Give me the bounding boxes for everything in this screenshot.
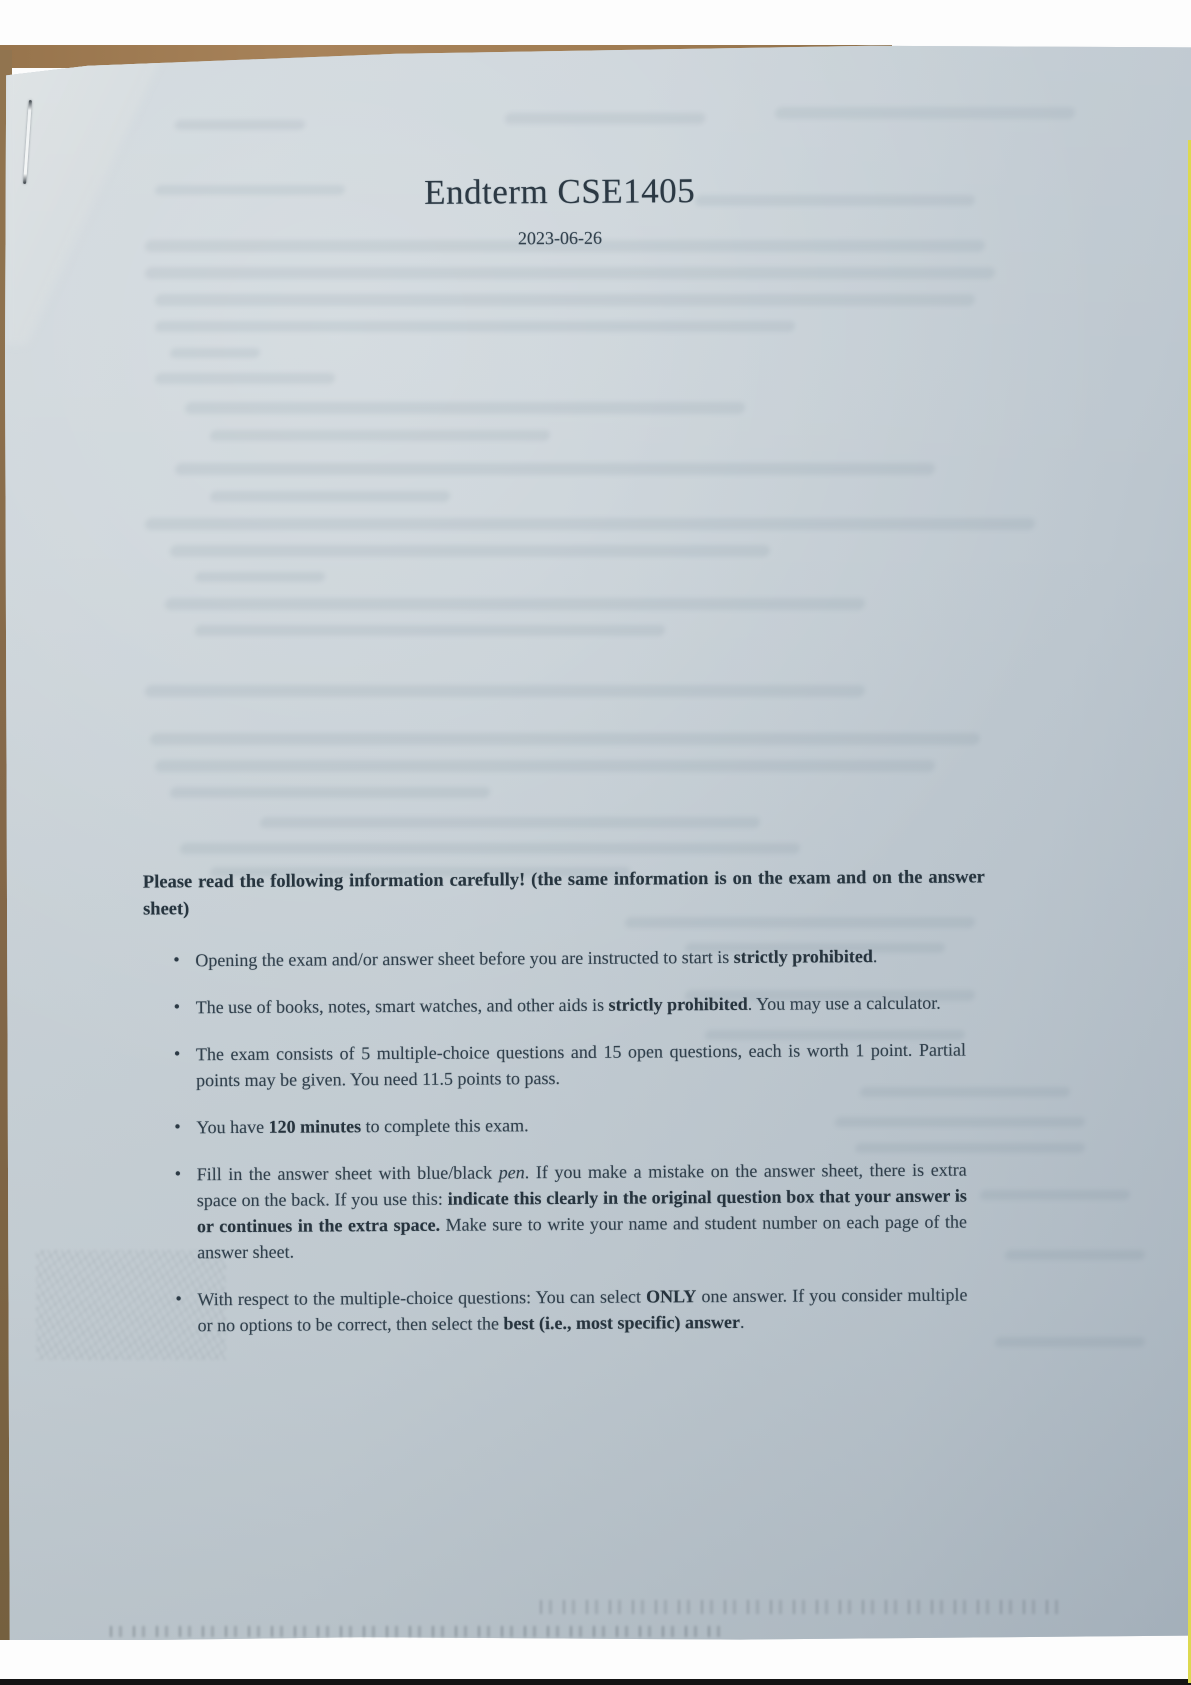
photo-edge-black-bar [0, 1679, 1191, 1685]
instruction-item: Opening the exam and/or answer sheet bef… [195, 943, 965, 974]
bleed-through-line [979, 1190, 1130, 1200]
instruction-item: Fill in the answer sheet with blue/black… [197, 1157, 968, 1266]
bottom-smudge [110, 1626, 730, 1637]
photo-border-top [0, 0, 1191, 45]
instruction-item: You have 120 minutes to complete this ex… [196, 1110, 966, 1141]
instruction-item: The exam consists of 5 multiple-choice q… [196, 1037, 966, 1094]
bleed-through-line [1004, 1250, 1145, 1260]
exam-cover-photo: Endterm CSE1405 2023-06-26 Please read t… [0, 0, 1191, 1685]
instructions-heading: Please read the following information ca… [143, 864, 985, 923]
instruction-item: The use of books, notes, smart watches, … [196, 990, 966, 1021]
page-date: 2023-06-26 [139, 225, 981, 251]
bottom-smudge [540, 1600, 1060, 1614]
instruction-item: With respect to the multiple-choice ques… [197, 1282, 967, 1339]
scribble-marks [36, 1250, 226, 1360]
instructions-list: Opening the exam and/or answer sheet bef… [143, 943, 967, 1339]
bleed-through-line [994, 1337, 1145, 1347]
printed-content: Endterm CSE1405 2023-06-26 Please read t… [138, 0, 988, 1360]
